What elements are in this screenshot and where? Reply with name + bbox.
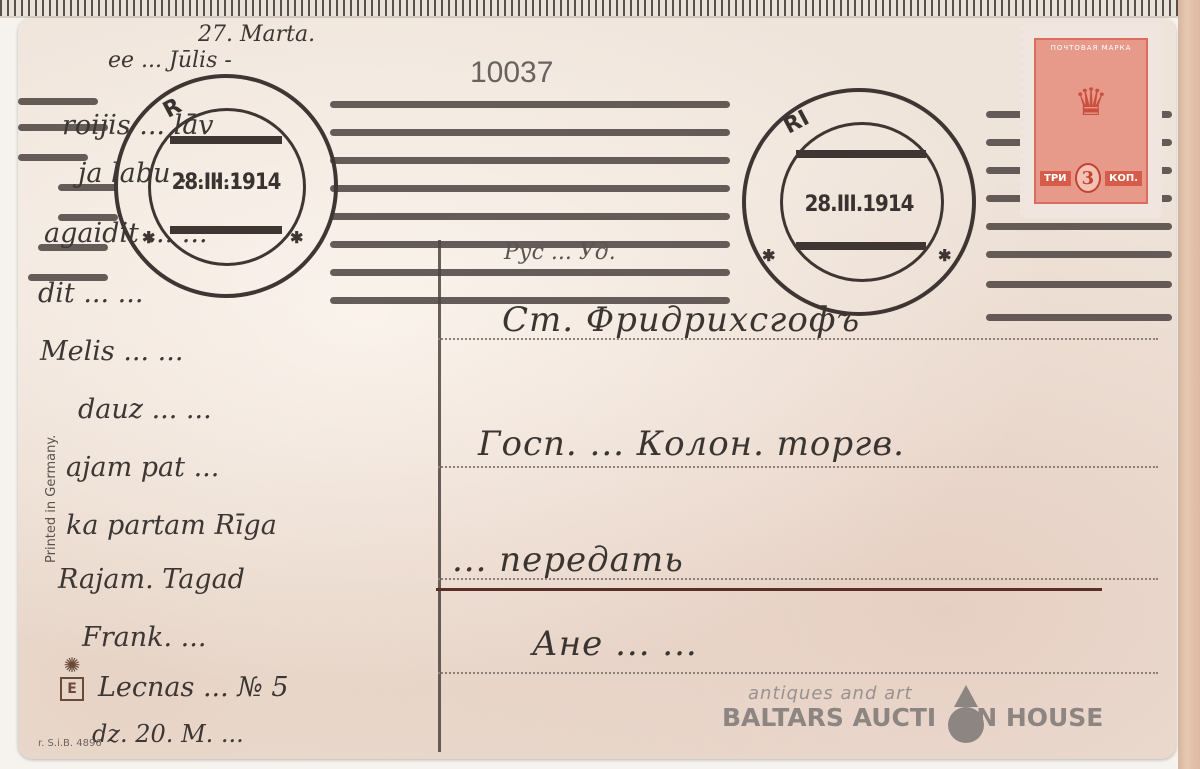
stamp-value: 3 [1075, 163, 1101, 193]
sun-icon: ✺ [54, 653, 90, 677]
address-line-3: ... передать [452, 540, 684, 580]
inventory-number: 10037 [470, 56, 553, 90]
postmark-right: RI 28.III.1914 ✱ ✱ [742, 88, 976, 316]
postage-stamp: ПОЧТОВАЯ МАРКА ♛ ТРИ 3 КОП. [1020, 22, 1162, 218]
auction-house-watermark: antiques and art BALTARS AUCTIN HOUSE [722, 683, 1122, 743]
ruler-strip [0, 0, 1180, 18]
message-line: Rajam. Tagad [58, 564, 245, 595]
message-line: ee ... Jūlis - [108, 48, 232, 73]
stamp-left-label: ТРИ [1040, 171, 1071, 186]
message-line: Frank. ... [82, 622, 206, 653]
message-line: Lecnas ... № 5 [98, 672, 289, 703]
message-line: ajam pat ... [66, 452, 219, 483]
message-line: ka partam Rīga [66, 510, 277, 541]
crown-icon [954, 685, 978, 707]
stamp-right-label: КОП. [1105, 171, 1142, 186]
address-line-2: Госп. ... Колон. торгв. [478, 424, 905, 464]
watermark-brand: BALTARS AUCTI [722, 703, 936, 732]
postcard-back: R 28.III.1914 ✱ ✱ RI 28.III.1914 ✱ ✱ 100… [18, 18, 1176, 759]
medal-icon [948, 707, 984, 743]
double-headed-eagle-icon: ♛ [1074, 80, 1108, 124]
background-border [1178, 0, 1200, 769]
message-line: Melis ... ... [40, 336, 183, 367]
message-line: roijis ... lāv [62, 110, 214, 141]
address-line-4: Ане ... ... [532, 624, 698, 664]
series-number: r. S.i.B. 4896 [38, 738, 102, 749]
watermark-tagline: antiques and art [748, 683, 913, 704]
postmark-date: 28.III.1914 [746, 192, 972, 217]
message-line: agaidit ... ... [44, 218, 208, 249]
printed-in-germany-label: Printed in Germany. [44, 435, 59, 563]
publisher-logo: ✺ E [54, 653, 90, 715]
message-line: 27. Marta. [198, 22, 315, 47]
address-line-1: Ст. Фридрихсгофъ [502, 300, 860, 340]
message-line: dz. 20. M. ... [92, 720, 244, 748]
postmark-city: RI [780, 106, 814, 140]
publisher-logo-letter: E [60, 677, 84, 701]
message-line: ja labu ... ... [78, 158, 239, 189]
stamp-header: ПОЧТОВАЯ МАРКА [1044, 44, 1138, 52]
watermark-brand-tail: N HOUSE [976, 703, 1103, 732]
pencil-note: Рус ... Уд. [504, 240, 616, 265]
divider-line [438, 240, 441, 752]
message-line: dit ... ... [38, 278, 143, 309]
message-line: dauz ... ... [78, 394, 212, 425]
